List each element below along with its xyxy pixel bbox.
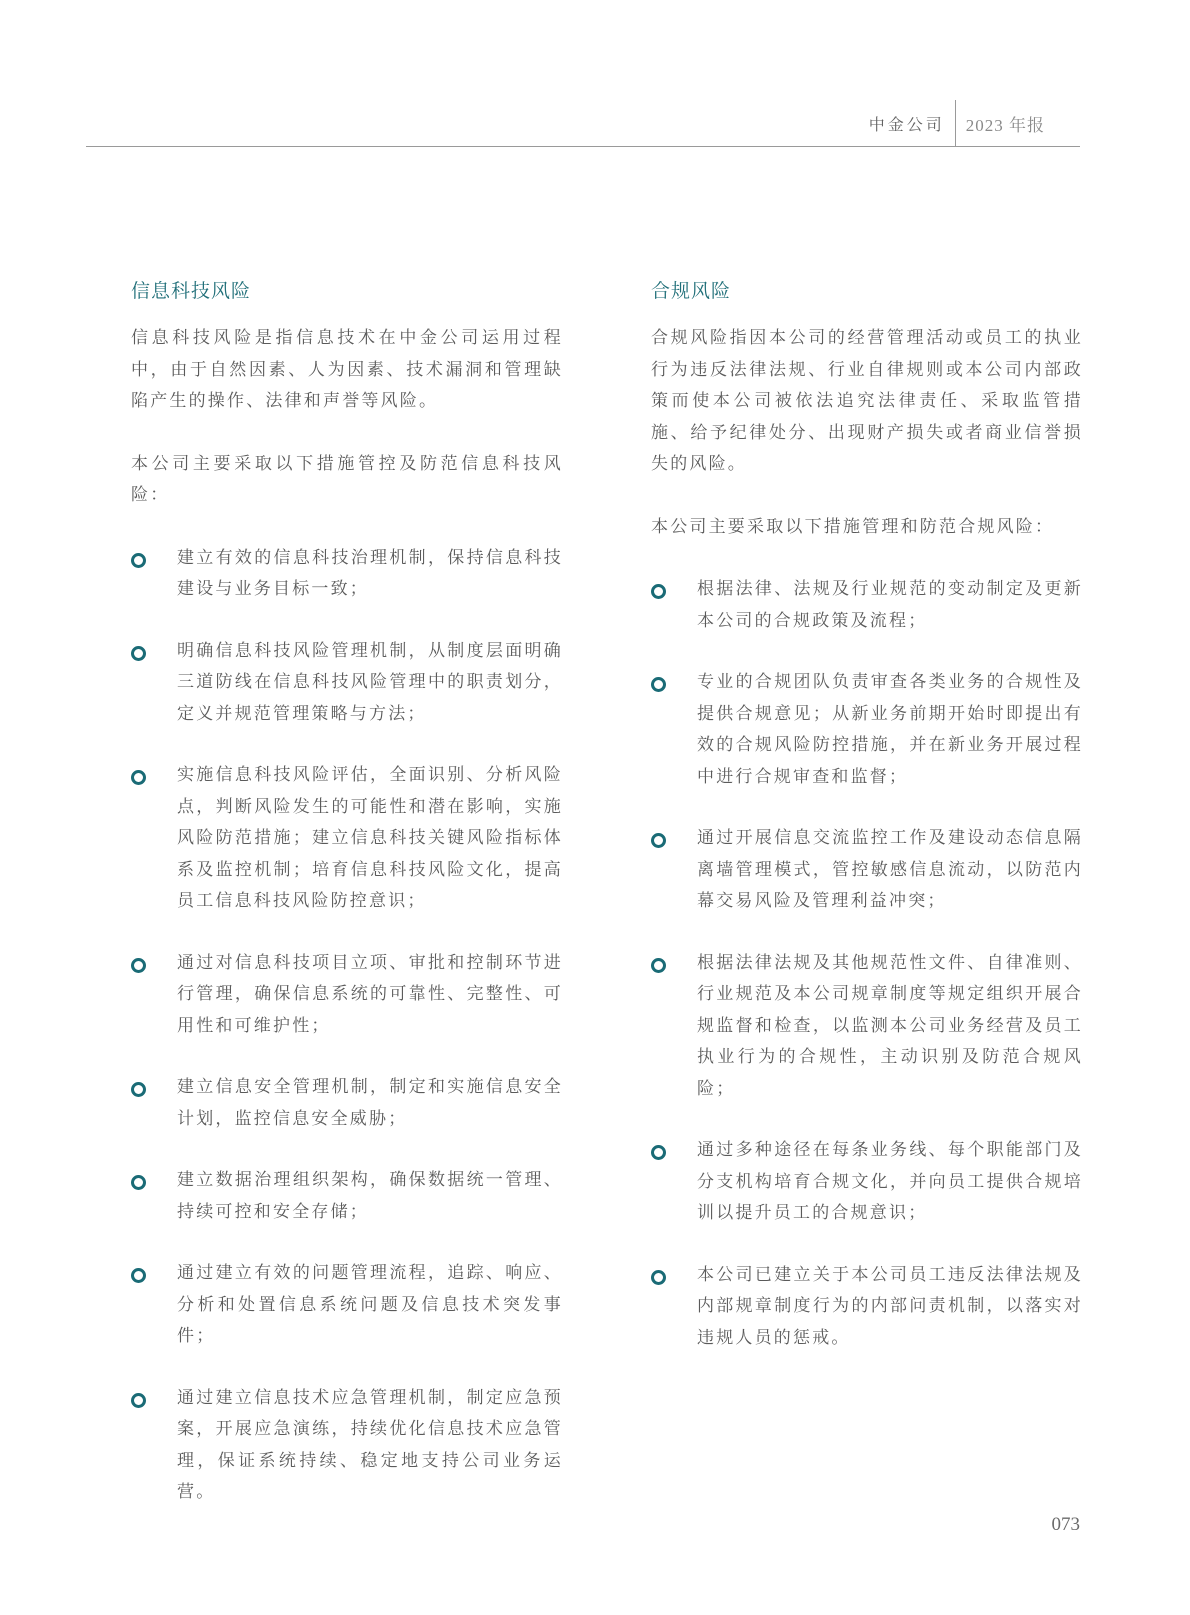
company-name: 中金公司 — [869, 112, 955, 135]
ring-bullet-icon — [131, 770, 146, 785]
list-item: 根据法律法规及其他规范性文件、自律准则、行业规范及本公司规章制度等规定组织开展合… — [651, 948, 1083, 1106]
list-item: 建立数据治理组织架构，确保数据统一管理、持续可控和安全存储； — [131, 1165, 563, 1228]
page-header: 中金公司 2023 年报 — [869, 100, 1045, 146]
list-item: 通过建立有效的问题管理流程，追踪、响应、分析和处置信息系统问题及信息技术突发事件… — [131, 1258, 563, 1353]
section-lead: 本公司主要采取以下措施管理和防范合规风险： — [651, 512, 1083, 544]
section-intro: 信息科技风险是指信息技术在中金公司运用过程中，由于自然因素、人为因素、技术漏洞和… — [131, 323, 563, 418]
ring-bullet-icon — [651, 833, 666, 848]
ring-bullet-icon — [131, 1268, 146, 1283]
section-compliance-risk: 合规风险 合规风险指因本公司的经营管理活动或员工的执业行为违反法律法规、行业自律… — [651, 276, 1083, 1384]
section-title: 信息科技风险 — [131, 276, 563, 303]
list-item: 实施信息科技风险评估，全面识别、分析风险点，判断风险发生的可能性和潜在影响，实施… — [131, 760, 563, 918]
section-lead: 本公司主要采取以下措施管控及防范信息科技风险： — [131, 449, 563, 512]
section-intro: 合规风险指因本公司的经营管理活动或员工的执业行为违反法律法规、行业自律规则或本公… — [651, 323, 1083, 481]
ring-bullet-icon — [131, 958, 146, 973]
list-item: 通过多种途径在每条业务线、每个职能部门及分支机构培育合规文化，并向员工提供合规培… — [651, 1135, 1083, 1230]
list-item: 通过开展信息交流监控工作及建设动态信息隔离墙管理模式，管控敏感信息流动，以防范内… — [651, 823, 1083, 918]
page-number: 073 — [1052, 1514, 1081, 1536]
header-rule — [86, 146, 1080, 147]
ring-bullet-icon — [131, 1175, 146, 1190]
list-item: 建立信息安全管理机制，制定和实施信息安全计划，监控信息安全威胁； — [131, 1072, 563, 1135]
list-item: 通过建立信息技术应急管理机制，制定应急预案，开展应急演练，持续优化信息技术应急管… — [131, 1383, 563, 1509]
measures-list: 根据法律、法规及行业规范的变动制定及更新本公司的合规政策及流程； 专业的合规团队… — [651, 574, 1083, 1354]
list-item: 根据法律、法规及行业规范的变动制定及更新本公司的合规政策及流程； — [651, 574, 1083, 637]
list-item: 建立有效的信息科技治理机制，保持信息科技建设与业务目标一致； — [131, 543, 563, 606]
ring-bullet-icon — [131, 1082, 146, 1097]
report-year: 2023 年报 — [956, 111, 1045, 136]
ring-bullet-icon — [651, 677, 666, 692]
list-item: 本公司已建立关于本公司员工违反法律法规及内部规章制度行为的内部问责机制，以落实对… — [651, 1260, 1083, 1355]
list-item: 明确信息科技风险管理机制，从制度层面明确三道防线在信息科技风险管理中的职责划分，… — [131, 636, 563, 731]
section-it-risk: 信息科技风险 信息科技风险是指信息技术在中金公司运用过程中，由于自然因素、人为因… — [131, 276, 563, 1539]
ring-bullet-icon — [131, 646, 146, 661]
section-title: 合规风险 — [651, 276, 1083, 303]
ring-bullet-icon — [651, 958, 666, 973]
ring-bullet-icon — [651, 584, 666, 599]
ring-bullet-icon — [651, 1145, 666, 1160]
ring-bullet-icon — [131, 553, 146, 568]
list-item: 通过对信息科技项目立项、审批和控制环节进行管理，确保信息系统的可靠性、完整性、可… — [131, 948, 563, 1043]
measures-list: 建立有效的信息科技治理机制，保持信息科技建设与业务目标一致； 明确信息科技风险管… — [131, 543, 563, 1509]
list-item: 专业的合规团队负责审查各类业务的合规性及提供合规意见；从新业务前期开始时即提出有… — [651, 667, 1083, 793]
ring-bullet-icon — [131, 1393, 146, 1408]
ring-bullet-icon — [651, 1270, 666, 1285]
